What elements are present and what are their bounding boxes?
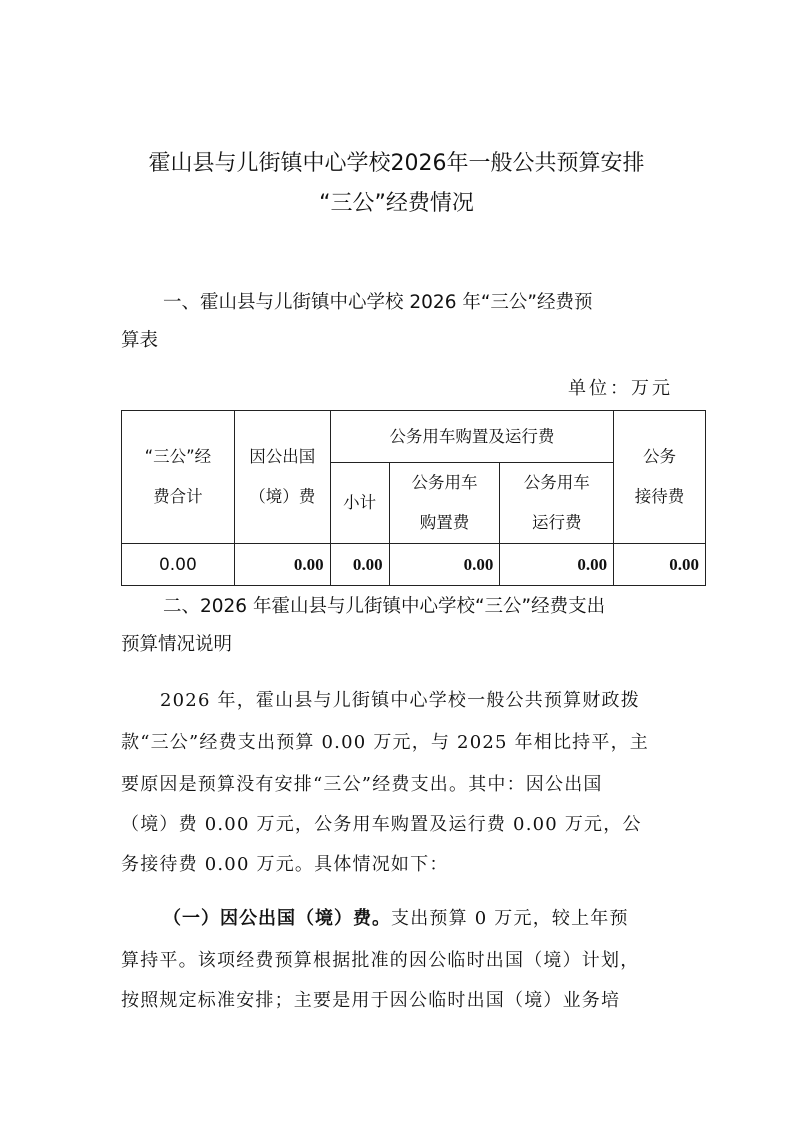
header-vehicle-operation-l1: 公务用车	[500, 463, 613, 503]
header-overseas-l2: （境）费	[235, 477, 330, 517]
header-vehicle-purchase-l2: 购置费	[390, 503, 500, 543]
unit-label: 单位：万元	[568, 374, 673, 400]
para1-line2: 款“三公”经费支出预算 0.00 万元，与 2025 年相比持平，主	[121, 728, 649, 754]
section1-heading-line2: 算表	[121, 326, 158, 352]
document-title-line1: 霍山县与儿街镇中心学校2026年一般公共预算安排	[0, 146, 793, 177]
header-reception: 公务 接待费	[614, 411, 706, 544]
section2-heading-line2: 预算情况说明	[121, 630, 232, 656]
para2-line3: 按照规定标准安排；主要是用于因公临时出国（境）业务培	[121, 986, 620, 1012]
cell-reception: 0.00	[614, 544, 706, 586]
para2-line2: 算持平。该项经费预算根据批准的因公临时出国（境）计划，	[121, 946, 639, 972]
cell-subtotal: 0.00	[330, 544, 389, 586]
cell-vehicle-purchase: 0.00	[389, 544, 500, 586]
budget-table: “三公”经 费合计 因公出国 （境）费 公务用车购置及运行费 公务 接待费 小计…	[121, 410, 706, 586]
header-vehicle-purchase: 公务用车 购置费	[389, 463, 500, 544]
header-total-l2: 费合计	[122, 477, 234, 517]
section1-heading-line1: 一、霍山县与儿街镇中心学校 2026 年“三公”经费预	[163, 288, 593, 314]
cell-total: 0.00	[122, 544, 235, 586]
para1-line4: （境）费 0.00 万元，公务用车购置及运行费 0.00 万元，公	[121, 810, 642, 836]
header-overseas: 因公出国 （境）费	[234, 411, 330, 544]
header-overseas-l1: 因公出国	[235, 437, 330, 477]
cell-overseas: 0.00	[234, 544, 330, 586]
header-reception-l2: 接待费	[614, 477, 705, 517]
header-vehicle-operation-l2: 运行费	[500, 503, 613, 543]
para1-line5: 务接待费 0.00 万元。具体情况如下：	[121, 850, 449, 876]
para2-line1: （一）因公出国（境）费。支出预算 0 万元，较上年预	[163, 904, 629, 930]
header-total: “三公”经 费合计	[122, 411, 235, 544]
header-reception-l1: 公务	[614, 437, 705, 477]
para1-line3: 要原因是预算没有安排“三公”经费支出。其中：因公出国	[121, 770, 603, 796]
header-vehicle-purchase-l1: 公务用车	[390, 463, 500, 503]
document-title-line2: “三公”经费情况	[0, 186, 793, 217]
header-total-l1: “三公”经	[122, 437, 234, 477]
para2-bold-heading: （一）因公出国（境）费。	[163, 908, 391, 929]
table-row: 0.00 0.00 0.00 0.00 0.00 0.00	[122, 544, 706, 586]
cell-vehicle-operation: 0.00	[500, 544, 614, 586]
section2-heading-line1: 二、2026 年霍山县与儿街镇中心学校“三公”经费支出	[163, 592, 605, 618]
header-vehicle-operation: 公务用车 运行费	[500, 463, 614, 544]
header-subtotal: 小计	[330, 463, 389, 544]
header-vehicle-group: 公务用车购置及运行费	[330, 411, 613, 463]
para1-line1: 2026 年，霍山县与儿街镇中心学校一般公共预算财政拨	[160, 686, 640, 712]
para2-line1-text: 支出预算 0 万元，较上年预	[391, 908, 629, 929]
